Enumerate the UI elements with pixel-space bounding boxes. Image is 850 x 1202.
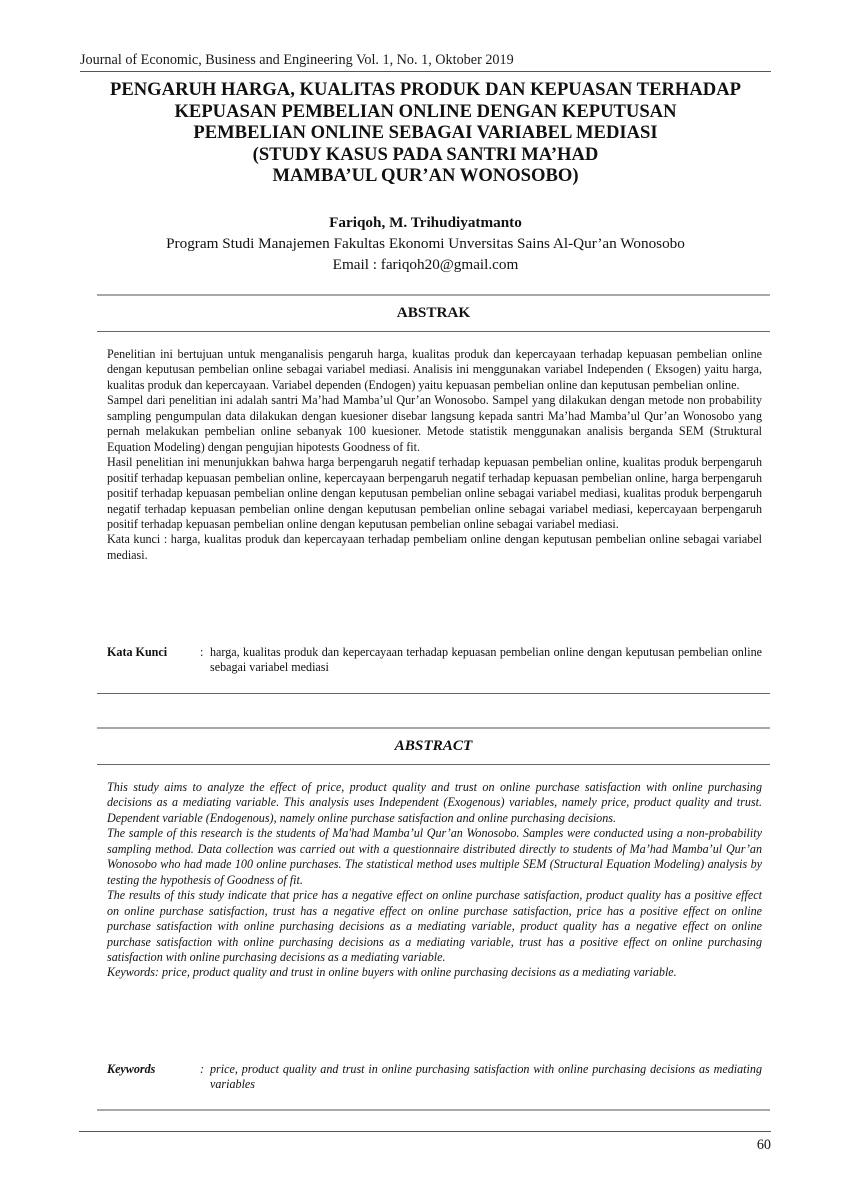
abstract-heading: ABSTRACT: [97, 737, 770, 755]
abstract-paragraph: The sample of this research is the stude…: [107, 826, 762, 888]
title-line: KEPUASAN PEMBELIAN ONLINE DENGAN KEPUTUS…: [80, 101, 771, 123]
abstrak-paragraph: Hasil penelitian ini menunjukkan bahwa h…: [107, 455, 762, 532]
section-rule: [97, 1109, 770, 1111]
section-rule: [97, 693, 770, 694]
abstrak-paragraph: Sampel dari penelitian ini adalah santri…: [107, 393, 762, 455]
keywords-text: harga, kualitas produk dan kepercayaan t…: [210, 645, 762, 676]
abstract-body: This study aims to analyze the effect of…: [107, 780, 762, 981]
keywords-colon: :: [200, 645, 203, 660]
section-rule: [97, 294, 770, 296]
abstract-keywords: Keywords : price, product quality and tr…: [107, 1062, 762, 1094]
paper-title: PENGARUH HARGA, KUALITAS PRODUK DAN KEPU…: [80, 79, 771, 187]
authors: Fariqoh, M. Trihudiyatmanto: [80, 214, 771, 232]
keywords-label: Kata Kunci: [107, 645, 167, 660]
abstrak-heading: ABSTRAK: [97, 304, 770, 322]
section-rule: [97, 331, 770, 332]
abstract-paragraph: This study aims to analyze the effect of…: [107, 780, 762, 826]
keywords-text: price, product quality and trust in onli…: [210, 1062, 762, 1093]
section-rule: [97, 764, 770, 765]
affiliation: Program Studi Manajemen Fakultas Ekonomi…: [80, 235, 771, 253]
title-line: (STUDY KASUS PADA SANTRI MA’HAD: [80, 144, 771, 166]
title-line: PENGARUH HARGA, KUALITAS PRODUK DAN KEPU…: [80, 79, 771, 101]
abstrak-paragraph: Kata kunci : harga, kualitas produk dan …: [107, 532, 762, 563]
title-line: MAMBA’UL QUR’AN WONOSOBO): [80, 165, 771, 187]
title-line: PEMBELIAN ONLINE SEBAGAI VARIABEL MEDIAS…: [80, 122, 771, 144]
header-rule: [80, 71, 771, 72]
abstrak-keywords: Kata Kunci : harga, kualitas produk dan …: [107, 645, 762, 677]
footer-rule: [79, 1131, 771, 1132]
running-head: Journal of Economic, Business and Engine…: [80, 52, 514, 69]
section-rule: [97, 727, 770, 729]
email: Email : fariqoh20@gmail.com: [80, 256, 771, 274]
keywords-label: Keywords: [107, 1062, 155, 1077]
abstract-paragraph: The results of this study indicate that …: [107, 888, 762, 965]
keywords-colon: :: [200, 1062, 204, 1077]
abstrak-body: Penelitian ini bertujuan untuk menganali…: [107, 347, 762, 563]
abstrak-paragraph: Penelitian ini bertujuan untuk menganali…: [107, 347, 762, 393]
abstract-paragraph: Keywords: price, product quality and tru…: [107, 965, 762, 980]
page-number: 60: [700, 1137, 771, 1154]
